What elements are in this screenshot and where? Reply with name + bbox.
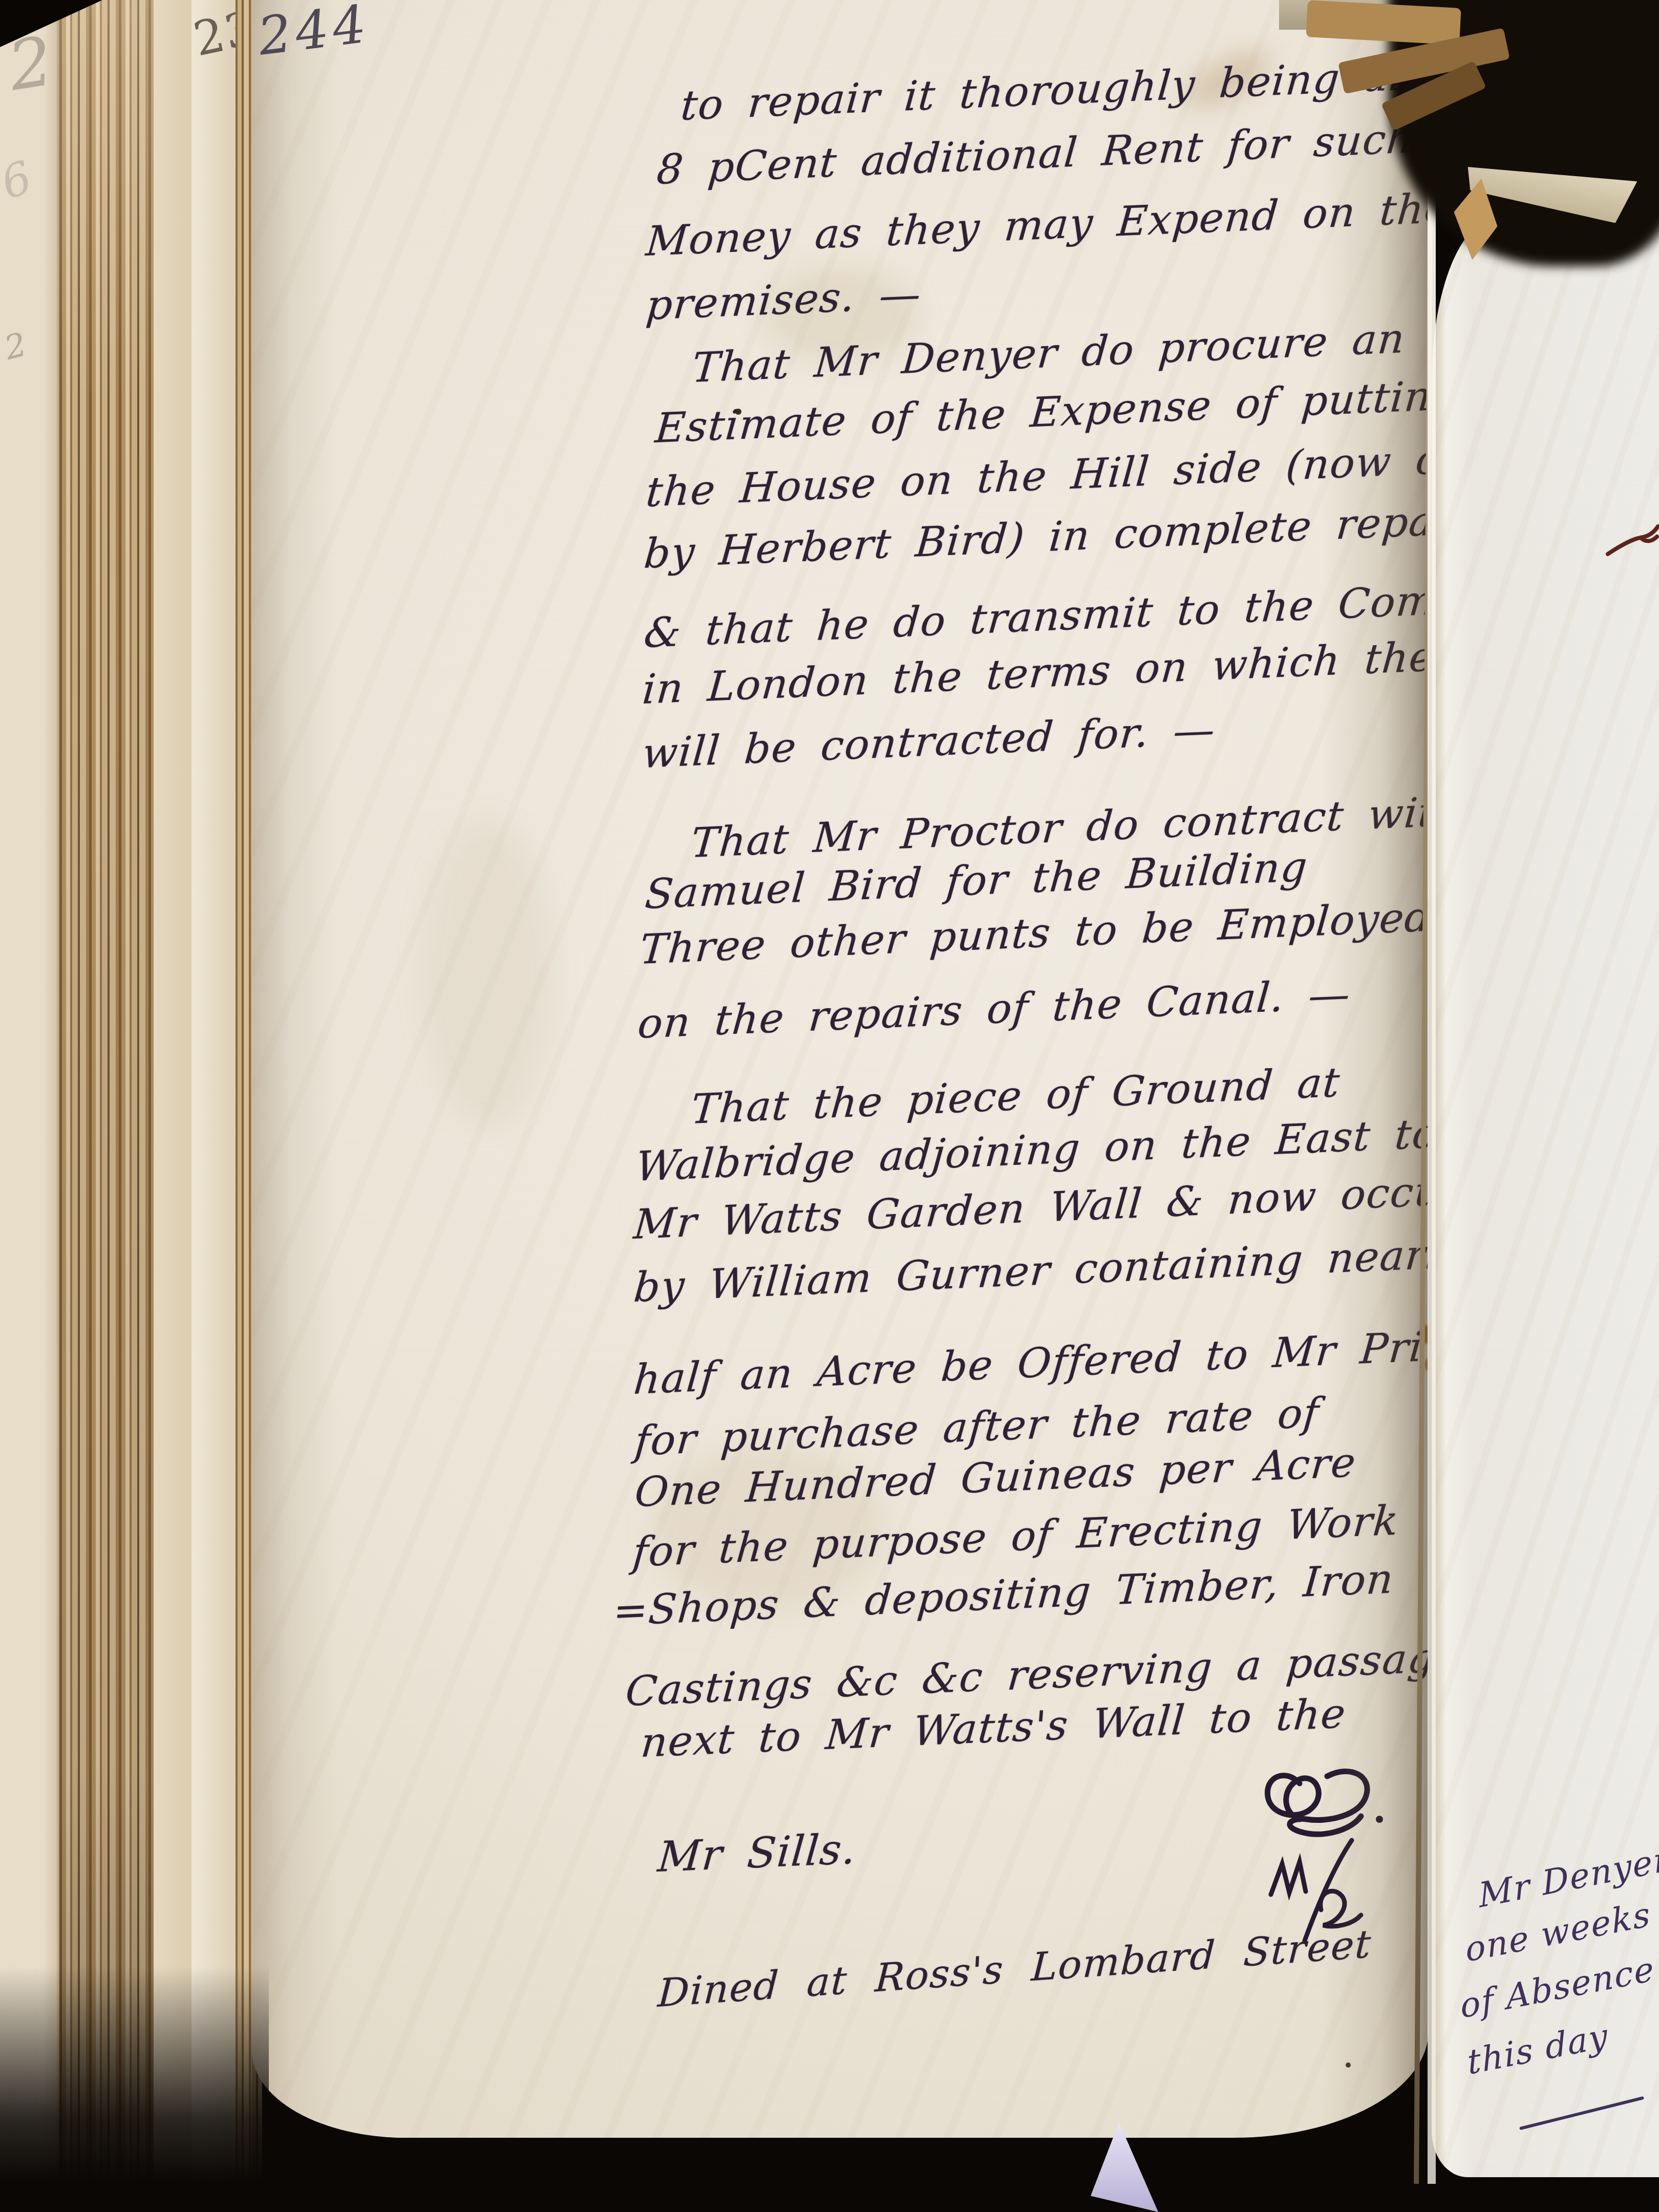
manuscript-page-244: 244 to repair it thoroughly being allowe…: [252, 0, 1429, 2138]
faint-pencil-mark: 6: [0, 151, 38, 209]
attendee-line: Mr Sills.: [656, 1825, 858, 1882]
faint-pencil-mark: 2: [1, 326, 30, 368]
next-page: Mr Denyer one weeks of Absence this day: [1432, 217, 1659, 2177]
gutter-highlight: [1428, 0, 1436, 2184]
paper-stain: [421, 819, 554, 1126]
page-236-edge: 236: [192, 0, 236, 2212]
ink-blot: [1605, 523, 1659, 564]
gutter-shadow: [1321, 0, 1429, 2138]
page-edge-gap: [154, 0, 192, 2212]
bottom-shadow: [0, 1966, 269, 2212]
page-edge-stripes: [236, 0, 252, 2212]
manuscript-book-photo: 2 6 2 236 244 to repair it thoroughly be…: [0, 0, 1659, 2212]
underlying-old-page: 2 6 2: [0, 0, 59, 2212]
